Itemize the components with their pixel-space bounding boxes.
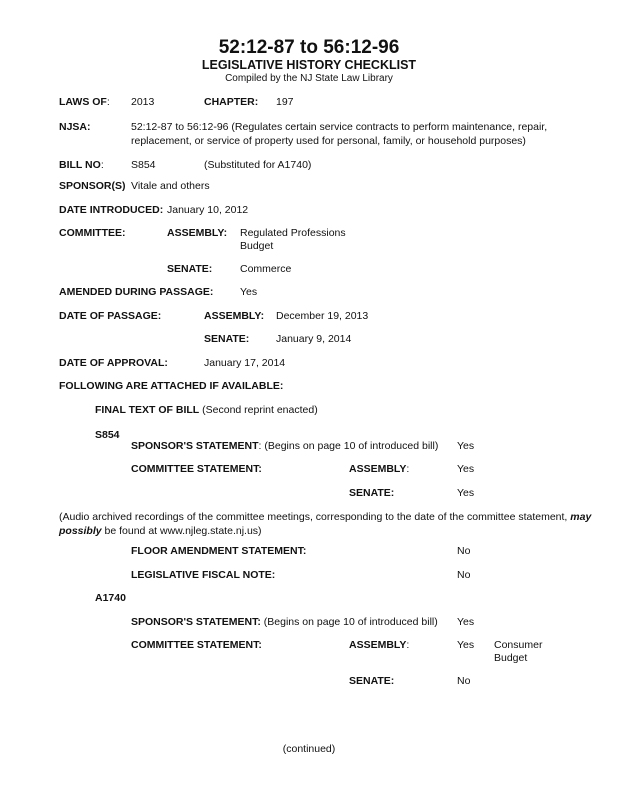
- passage-senate-value: January 9, 2014: [276, 333, 351, 345]
- committee-senate-label: SENATE:: [167, 263, 212, 275]
- s854-heading: S854: [95, 429, 120, 441]
- committee-senate-value: Commerce: [240, 263, 291, 275]
- final-text-row: FINAL TEXT OF BILL (Second reprint enact…: [95, 404, 318, 416]
- committee-assembly-label: ASSEMBLY:: [167, 227, 227, 239]
- a1740-committee-statement-label: COMMITTEE STATEMENT:: [131, 639, 262, 651]
- bill-substituted-note: (Substituted for A1740): [204, 159, 311, 171]
- amended-value: Yes: [240, 286, 257, 298]
- bill-no-colon: :: [101, 159, 104, 171]
- date-introduced-value: January 10, 2012: [167, 204, 248, 216]
- passage-senate-label: SENATE:: [204, 333, 249, 345]
- date-of-passage-label: DATE OF PASSAGE:: [59, 310, 161, 322]
- audio-archive-note: (Audio archived recordings of the commit…: [59, 510, 604, 538]
- floor-amendment-label: FLOOR AMENDMENT STATEMENT:: [131, 545, 306, 557]
- s854-committee-assembly-label: ASSEMBLY:: [349, 463, 409, 475]
- s854-committee-statement-label: COMMITTEE STATEMENT:: [131, 463, 262, 475]
- attached-heading: FOLLOWING ARE ATTACHED IF AVAILABLE:: [59, 380, 283, 392]
- fiscal-note-label: LEGISLATIVE FISCAL NOTE:: [131, 569, 275, 581]
- a1740-sponsor-statement-value: Yes: [457, 616, 474, 628]
- compiled-by: Compiled by the NJ State Law Library: [0, 73, 618, 84]
- a1740-heading: A1740: [95, 592, 126, 604]
- final-text-note: (Second reprint enacted): [202, 404, 318, 416]
- s854-committee-senate-value: Yes: [457, 487, 474, 499]
- bill-no-label-text: BILL NO: [59, 159, 101, 171]
- a1740-committee-senate-value: No: [457, 675, 470, 687]
- fiscal-note-value: No: [457, 569, 470, 581]
- final-text-label: FINAL TEXT OF BILL: [95, 404, 199, 416]
- chapter-value: 197: [276, 96, 294, 108]
- a1740-sponsor-statement-note: (Begins on page 10 of introduced bill): [261, 616, 438, 628]
- a1740-committee-assembly-label: ASSEMBLY:: [349, 639, 409, 651]
- laws-of-colon: :: [107, 96, 110, 108]
- audio-note-text-1: (Audio archived recordings of the commit…: [59, 511, 570, 523]
- s854-sponsor-statement: SPONSOR'S STATEMENT: (Begins on page 10 …: [131, 440, 438, 452]
- sponsors-label: SPONSOR(S): [59, 180, 126, 192]
- s854-sponsor-statement-note: : (Begins on page 10 of introduced bill): [259, 440, 439, 452]
- sponsors-value: Vitale and others: [131, 180, 210, 192]
- a1740-assembly-colon: :: [406, 639, 409, 651]
- passage-assembly-value: December 19, 2013: [276, 310, 368, 322]
- a1740-assembly-label-text: ASSEMBLY: [349, 639, 406, 651]
- bill-no-value: S854: [131, 159, 156, 171]
- a1740-assembly-committee-2: Budget: [494, 652, 527, 664]
- a1740-assembly-committee-1: Consumer: [494, 639, 542, 651]
- document-title: 52:12-87 to 56:12-96: [0, 37, 618, 59]
- a1740-sponsor-statement-label: SPONSOR'S STATEMENT:: [131, 616, 261, 628]
- njsa-label: NJSA:: [59, 121, 91, 133]
- s854-committee-senate-label: SENATE:: [349, 487, 394, 499]
- floor-amendment-value: No: [457, 545, 470, 557]
- date-of-approval-value: January 17, 2014: [204, 357, 285, 369]
- s854-sponsor-statement-label: SPONSOR'S STATEMENT: [131, 440, 259, 452]
- bill-no-label: BILL NO:: [59, 159, 104, 171]
- committee-assembly-line2: Budget: [240, 240, 273, 252]
- amended-label: AMENDED DURING PASSAGE:: [59, 286, 213, 298]
- s854-assembly-colon: :: [406, 463, 409, 475]
- s854-committee-assembly-value: Yes: [457, 463, 474, 475]
- s854-assembly-label-text: ASSEMBLY: [349, 463, 406, 475]
- committee-label: COMMITTEE:: [59, 227, 126, 239]
- njsa-value: 52:12-87 to 56:12-96 (Regulates certain …: [131, 120, 601, 148]
- laws-of-label: LAWS OF:: [59, 96, 110, 108]
- chapter-label: CHAPTER:: [204, 96, 258, 108]
- a1740-committee-senate-label: SENATE:: [349, 675, 394, 687]
- a1740-committee-assembly-value: Yes: [457, 639, 474, 651]
- a1740-sponsor-statement: SPONSOR'S STATEMENT: (Begins on page 10 …: [131, 616, 438, 628]
- laws-of-label-text: LAWS OF: [59, 96, 107, 108]
- document-subtitle: LEGISLATIVE HISTORY CHECKLIST: [0, 58, 618, 72]
- date-of-approval-label: DATE OF APPROVAL:: [59, 357, 168, 369]
- s854-sponsor-statement-value: Yes: [457, 440, 474, 452]
- laws-of-value: 2013: [131, 96, 154, 108]
- audio-note-text-2: be found at www.njleg.state.nj.us): [102, 525, 262, 537]
- date-introduced-label: DATE INTRODUCED:: [59, 204, 163, 216]
- passage-assembly-label: ASSEMBLY:: [204, 310, 264, 322]
- committee-assembly-line1: Regulated Professions: [240, 227, 346, 239]
- continued-footer: (continued): [0, 743, 618, 755]
